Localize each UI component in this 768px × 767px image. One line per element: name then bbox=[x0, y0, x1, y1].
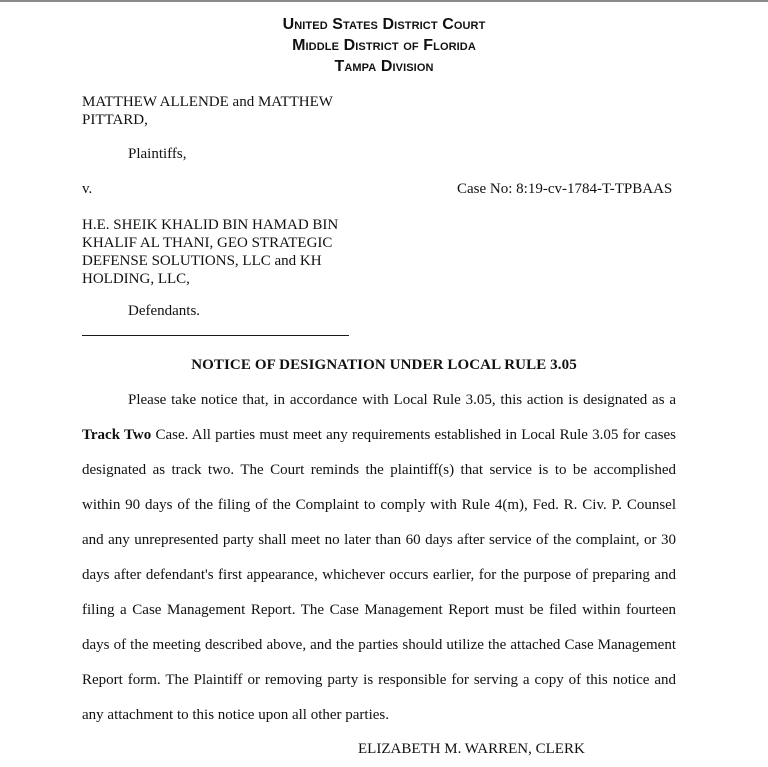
case-number: Case No: 8:19-cv-1784-T-TPBAAS bbox=[457, 180, 672, 198]
body-line: any attachment to this notice upon all o… bbox=[82, 706, 676, 724]
body-line: designated as track two. The Court remin… bbox=[82, 461, 676, 479]
caption-divider bbox=[82, 335, 349, 336]
clerk-signature: ELIZABETH M. WARREN, CLERK bbox=[358, 740, 585, 758]
track-designation: Track Two bbox=[82, 427, 151, 443]
body-line: within 90 days of the filing of the Comp… bbox=[82, 496, 676, 514]
body-line: Track Two Case. All parties must meet an… bbox=[82, 426, 676, 444]
body-line: days of the meeting described above, and… bbox=[82, 636, 676, 654]
defendant-names: H.E. SHEIK KHALID BIN HAMAD BIN KHALIF A… bbox=[82, 216, 362, 288]
court-name: United States District Court bbox=[0, 14, 768, 35]
versus-label: v. bbox=[82, 180, 92, 198]
body-line-text: Case. All parties must meet any requirem… bbox=[155, 427, 676, 443]
court-division: Tampa Division bbox=[0, 56, 768, 77]
body-line: days after defendant's first appearance,… bbox=[82, 566, 676, 584]
body-line: Please take notice that, in accordance w… bbox=[128, 391, 676, 409]
body-line: and any unrepresented party shall meet n… bbox=[82, 531, 676, 549]
plaintiff-names: MATTHEW ALLENDE and MATTHEW PITTARD, bbox=[82, 93, 352, 129]
plaintiffs-label: Plaintiffs, bbox=[128, 145, 186, 163]
court-header: United States District Court Middle Dist… bbox=[0, 14, 768, 77]
body-line: Report form. The Plaintiff or removing p… bbox=[82, 671, 676, 689]
body-line: filing a Case Management Report. The Cas… bbox=[82, 601, 676, 619]
document-page: United States District Court Middle Dist… bbox=[0, 0, 768, 767]
court-district: Middle District of Florida bbox=[0, 35, 768, 56]
defendants-label: Defendants. bbox=[128, 302, 200, 320]
notice-title: NOTICE OF DESIGNATION UNDER LOCAL RULE 3… bbox=[0, 356, 768, 374]
